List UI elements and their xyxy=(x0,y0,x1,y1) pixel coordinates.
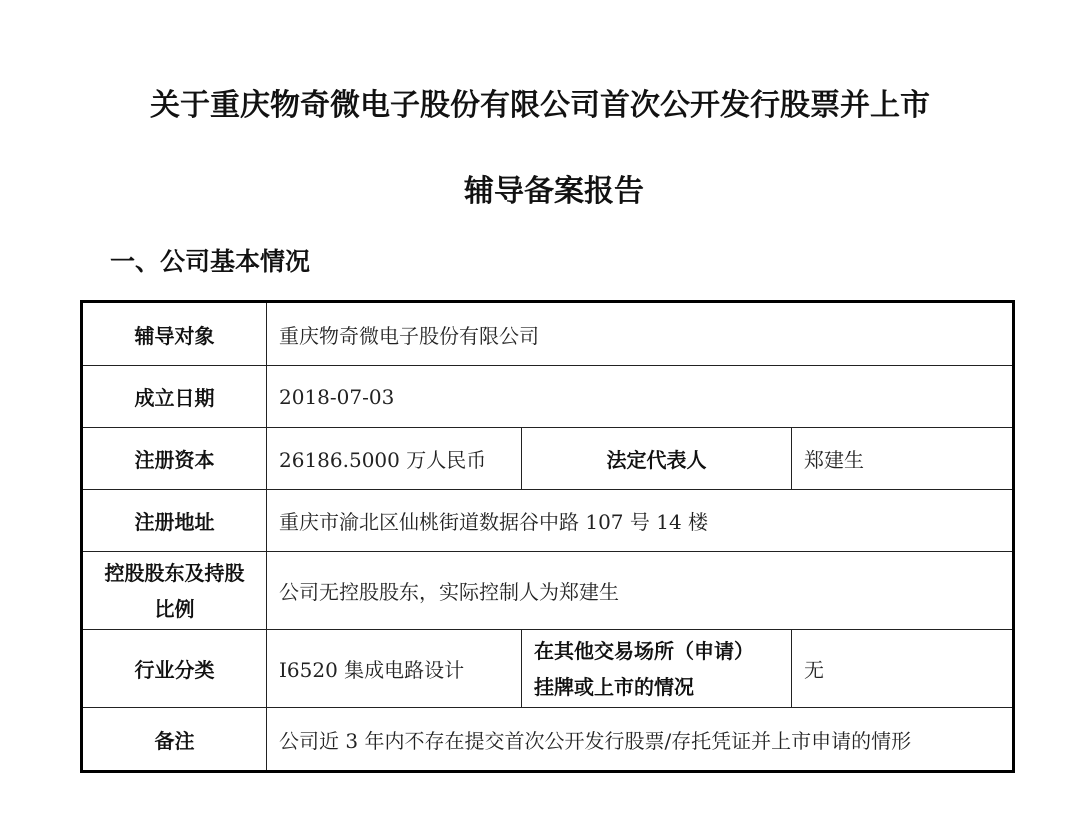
row-label-line: 比例 xyxy=(95,591,254,627)
row-label-line: 在其他交易场所（申请） xyxy=(534,633,779,669)
row-label: 注册资本 xyxy=(82,428,267,490)
row-label: 成立日期 xyxy=(82,366,267,428)
row-label: 控股股东及持股比例 xyxy=(82,552,267,630)
company-info-table: 辅导对象 重庆物奇微电子股份有限公司 成立日期 2018-07-03 注册资本 … xyxy=(80,300,1015,773)
row-value: 重庆物奇微电子股份有限公司 xyxy=(267,302,1014,366)
table-row: 行业分类 I6520 集成电路设计 在其他交易场所（申请）挂牌或上市的情况 无 xyxy=(82,630,1014,708)
row-value: 重庆市渝北区仙桃街道数据谷中路 107 号 14 楼 xyxy=(267,490,1014,552)
row-value: 2018-07-03 xyxy=(267,366,1014,428)
section-heading: 一、公司基本情况 xyxy=(110,242,310,278)
row-value: 公司无控股股东，实际控制人为郑建生 xyxy=(267,552,1014,630)
row-label-line: 挂牌或上市的情况 xyxy=(534,669,779,705)
table-row: 控股股东及持股比例 公司无控股股东，实际控制人为郑建生 xyxy=(82,552,1014,630)
row-label: 备注 xyxy=(82,708,267,772)
table-row: 成立日期 2018-07-03 xyxy=(82,366,1014,428)
table-row: 注册资本 26186.5000 万人民币 法定代表人 郑建生 xyxy=(82,428,1014,490)
row-label-secondary: 法定代表人 xyxy=(522,428,792,490)
table-row: 备注 公司近 3 年内不存在提交首次公开发行股票/存托凭证并上市申请的情形 xyxy=(82,708,1014,772)
row-label-line: 控股股东及持股 xyxy=(95,555,254,591)
row-label: 辅导对象 xyxy=(82,302,267,366)
row-value-secondary: 无 xyxy=(792,630,1014,708)
row-value: 公司近 3 年内不存在提交首次公开发行股票/存托凭证并上市申请的情形 xyxy=(267,708,1014,772)
document-title-line2: 辅导备案报告 xyxy=(0,166,1080,210)
table-row: 注册地址 重庆市渝北区仙桃街道数据谷中路 107 号 14 楼 xyxy=(82,490,1014,552)
row-label-secondary: 在其他交易场所（申请）挂牌或上市的情况 xyxy=(522,630,792,708)
row-value-secondary: 郑建生 xyxy=(792,428,1014,490)
row-label: 注册地址 xyxy=(82,490,267,552)
document-title-line1: 关于重庆物奇微电子股份有限公司首次公开发行股票并上市 xyxy=(0,80,1080,124)
table-row: 辅导对象 重庆物奇微电子股份有限公司 xyxy=(82,302,1014,366)
row-label: 行业分类 xyxy=(82,630,267,708)
row-value: 26186.5000 万人民币 xyxy=(267,428,522,490)
row-value: I6520 集成电路设计 xyxy=(267,630,522,708)
